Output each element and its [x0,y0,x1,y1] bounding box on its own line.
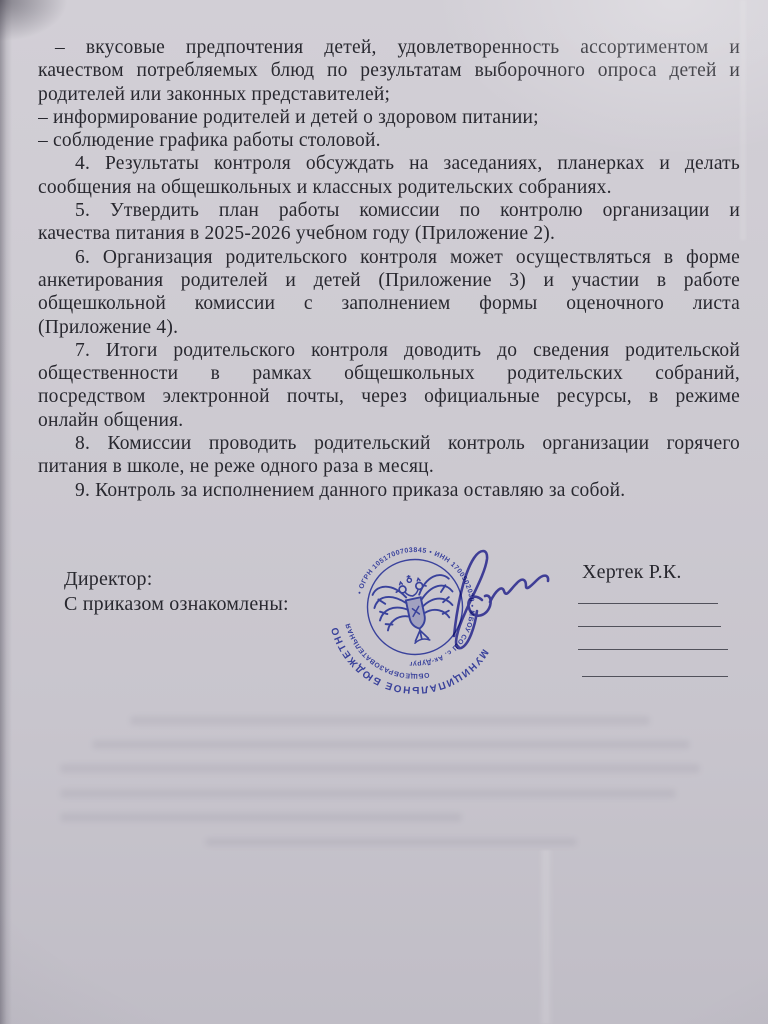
signature-line [578,626,721,627]
signature-line [582,676,728,677]
text-line-20: 9. Контроль за исполнением данного прика… [38,479,740,502]
paper-crease [538,850,554,1024]
director-name: Хертек Р.К. [582,561,682,584]
text-line-10: 6. Организация родительского контроля мо… [38,246,740,269]
order-text: – вкусовые предпочтения детей, удовлетво… [38,36,740,502]
text-line-1: – вкусовые предпочтения детей, удовлетво… [38,36,740,59]
ghost-line [205,838,577,846]
text-line-14: 7. Итоги родительского контроля доводить… [38,339,740,362]
paper-edge-shadow [0,0,12,1024]
acknowledged-label: С приказом ознакомлены: [64,593,289,616]
ghost-line [60,764,700,773]
text-line-11: анкетирования родителей и детей (Приложе… [38,269,740,292]
text-line-12: общешкольной комиссии с заполнением форм… [38,292,740,315]
text-line-2: качеством потребляемых блюд по результат… [38,59,740,82]
text-line-15: общественности в рамках общешкольных род… [38,362,740,385]
text-line-8: 5. Утвердить план работы комиссии по кон… [38,199,740,222]
signature-line [578,649,728,650]
ghost-line [92,740,690,749]
document-page: – вкусовые предпочтения детей, удовлетво… [0,0,768,1024]
signature-line [578,603,718,604]
text-line-9: качества питания в 2025-2026 учебном год… [38,222,740,245]
text-line-4: – информирование родителей и детей о здо… [38,106,740,129]
text-line-3: родителей или законных представителей; [38,83,740,106]
director-signature [424,538,584,663]
ghost-line [60,813,462,822]
text-line-6: 4. Результаты контроля обсуждать на засе… [38,152,740,175]
text-line-7: сообщения на общешкольных и классных род… [38,176,740,199]
ghost-line [130,716,650,725]
director-label: Директор: [64,568,153,591]
text-line-5: – соблюдение графика работы столовой. [38,129,740,152]
text-line-18: 8. Комиссии проводить родительский контр… [38,432,740,455]
text-line-17: онлайн общения. [38,409,740,432]
ghost-line [60,789,676,798]
text-line-19: питания в школе, не реже одного раза в м… [38,455,740,478]
text-line-16: посредством электронной почты, через офи… [38,385,740,408]
text-line-13: (Приложение 4). [38,316,740,339]
